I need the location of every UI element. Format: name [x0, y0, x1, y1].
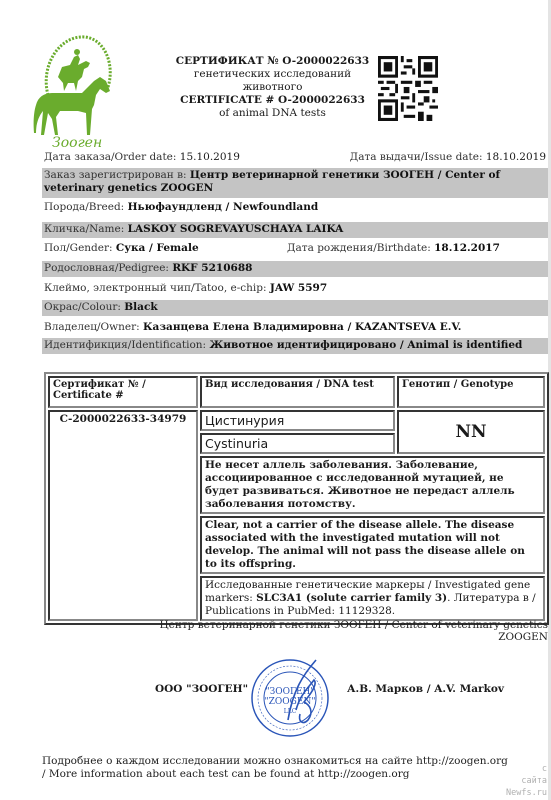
pedigree-value: RKF 5210688 — [172, 262, 252, 274]
colour-value: Black — [124, 301, 157, 313]
test-name-ru: Цистинурия — [200, 410, 395, 431]
chip-label: Клеймо, электронный чип/Tatoo, e-chip: — [44, 282, 267, 294]
registered-label: Заказ зарегистрирован в: — [44, 169, 187, 181]
test-name-en: Cystinuria — [200, 433, 395, 454]
signer-name: А.В. Марков / A.V. Markov — [347, 683, 504, 695]
markers-value: SLC3A1 (solute carrier family 3) — [256, 592, 447, 604]
gender-value: Сука / Female — [116, 242, 199, 254]
gene-markers-cell: Исследованные генетические маркеры / Inv… — [200, 576, 545, 621]
certificate-subtitle-ru-2: животного — [175, 81, 370, 94]
order-date-label: Дата заказа/Order date: — [44, 151, 176, 163]
birthdate-value: 18.12.2017 — [434, 242, 500, 254]
horse-rider-logo-icon: Зooген — [30, 25, 120, 150]
colour-row: Окрас/Colour: Black — [42, 300, 548, 316]
organization-name: ООО "ЗООГЕН" — [155, 683, 248, 695]
watermark-line-1: с — [505, 763, 547, 775]
identification-row: Идентификция/Identification: Животное ид… — [42, 338, 548, 354]
watermark-line-3: Newfs.ru — [505, 787, 547, 799]
identification-label: Идентификция/Identification: — [44, 339, 206, 351]
certificate-header: СЕРТИФИКАТ № O-2000022633 генетических и… — [175, 55, 370, 120]
registered-row: Заказ зарегистрирован в: Центр ветеринар… — [42, 168, 548, 198]
header-dna-test: Вид исследования / DNA test — [200, 376, 395, 408]
pedigree-row: Родословная/Pedigree: RKF 5210688 — [42, 261, 548, 277]
owner-value: Казанцева Елена Владимировна / KAZANTSEV… — [143, 321, 461, 333]
footer-note: Подробнее о каждом исследовании можно оз… — [42, 755, 512, 781]
certificate-subtitle-ru-1: генетических исследований — [175, 68, 370, 81]
table-header-row: Сертификат № / Certificate # Вид исследо… — [48, 376, 545, 408]
watermark: с сайта Newfs.ru — [505, 763, 547, 799]
svg-text:Зooген: Зooген — [52, 135, 102, 150]
dates-row: Дата заказа/Order date: 15.10.2019 Дата … — [42, 150, 548, 165]
certificate-subtitle-en: of animal DNA tests — [175, 107, 370, 120]
birthdate-label: Дата рождения/Birthdate: — [287, 242, 431, 254]
identification-value: Животное идентифицировано / Animal is id… — [209, 339, 522, 351]
issue-date-value: 18.10.2019 — [486, 151, 546, 163]
header-certificate: Сертификат № / Certificate # — [48, 376, 198, 408]
center-name-line: Центр ветеринарной генетики ЗООГЕН / Cen… — [130, 619, 548, 643]
header-genotype: Генотип / Genotype — [397, 376, 545, 408]
genotype-value: NN — [397, 410, 545, 454]
colour-label: Окрас/Colour: — [44, 301, 121, 313]
result-description-ru: Не несет аллель заболевания. Заболевание… — [200, 456, 545, 514]
watermark-line-2: сайта — [505, 775, 547, 787]
order-date-value: 15.10.2019 — [180, 151, 240, 163]
gender-birthdate-row: Пол/Gender: Сука / Female Дата рождения/… — [42, 241, 548, 256]
certificate-title-en: CERTIFICATE # O-2000022633 — [175, 94, 370, 107]
breed-value: Ньюфаундленд / Newfoundland — [128, 201, 319, 213]
gender-label: Пол/Gender: — [44, 242, 113, 254]
name-label: Кличка/Name: — [44, 223, 124, 235]
issue-date-label: Дата выдачи/Issue date: — [350, 151, 483, 163]
results-table: Сертификат № / Certificate # Вид исследо… — [44, 372, 549, 625]
chip-value: JAW 5597 — [270, 282, 327, 294]
owner-row: Владелец/Owner: Казанцева Елена Владимир… — [42, 320, 548, 335]
breed-label: Порода/Breed: — [44, 201, 124, 213]
company-stamp-icon: "ЗООГЕН" "ZOOGEN" LLC — [248, 650, 338, 745]
qr-code-icon — [378, 56, 438, 121]
result-description-en: Clear, not a carrier of the disease alle… — [200, 516, 545, 574]
owner-label: Владелец/Owner: — [44, 321, 140, 333]
name-row: Кличка/Name: LASKOY SOGREVAYUSCHAYA LAIK… — [42, 222, 548, 238]
table-row: C-2000022633-34979 Цистинурия NN — [48, 410, 545, 431]
chip-row: Клеймо, электронный чип/Tatoo, e-chip: J… — [42, 281, 548, 296]
certificate-title-ru: СЕРТИФИКАТ № O-2000022633 — [175, 55, 370, 68]
breed-row: Порода/Breed: Ньюфаундленд / Newfoundlan… — [42, 200, 548, 215]
pedigree-label: Родословная/Pedigree: — [44, 262, 169, 274]
certificate-id-cell: C-2000022633-34979 — [48, 410, 198, 621]
zoogen-logo: Зooген — [30, 25, 120, 150]
name-value: LASKOY SOGREVAYUSCHAYA LAIKA — [128, 223, 344, 235]
